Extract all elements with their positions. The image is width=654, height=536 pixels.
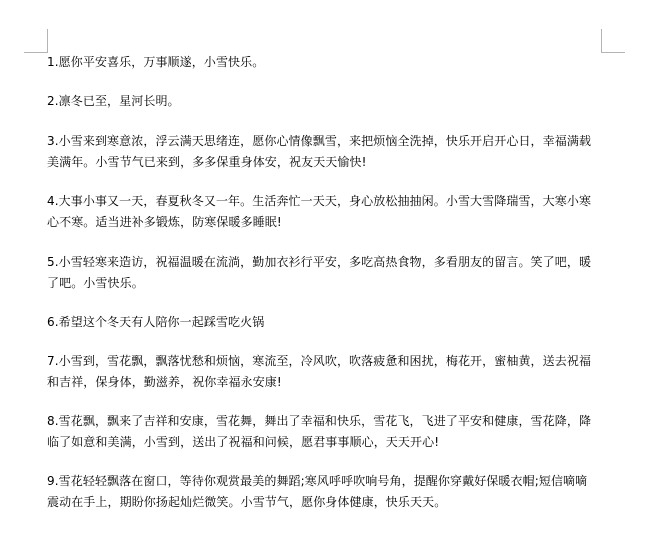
paragraph-5: 5.小雪轻寒来造访，祝福温暖在流淌，勤加衣衫行平安，多吃高热食物，多看朋友的留言… [47,252,599,294]
paragraph-8: 8.雪花飘，飘来了吉祥和安康，雪花舞，舞出了幸福和快乐，雪花飞，飞进了平安和健康… [47,411,599,453]
paragraph-2: 2.凛冬已至，星河长明。 [47,91,599,112]
paragraph-6: 6.希望这个冬天有人陪你一起踩雪吃火锅 [47,312,599,333]
paragraph-3: 3.小雪来到寒意浓，浮云满天思绪连，愿你心情像飘雪，来把烦恼全洗掉，快乐开启开心… [47,131,599,173]
corner-mark-vertical [601,29,602,53]
corner-mark-horizontal [601,52,625,53]
paragraph-7: 7.小雪到，雪花飘，飘落忧愁和烦恼，寒流至，冷风吹，吹落疲惫和困扰，梅花开，蜜柚… [47,351,599,393]
corner-mark-vertical [47,29,48,53]
paragraph-4: 4.大事小事又一天，春夏秋冬又一年。生活奔忙一天天，身心放松抽抽闲。小雪大雪降瑞… [47,191,599,233]
paragraph-9: 9.雪花轻轻飘落在窗口，等待你观赏最美的舞蹈;寒风呼呼吹响号角，提醒你穿戴好保暖… [47,471,599,513]
corner-mark-horizontal [24,52,48,53]
paragraph-1: 1.愿你平安喜乐，万事顺遂，小雪快乐。 [47,52,599,73]
